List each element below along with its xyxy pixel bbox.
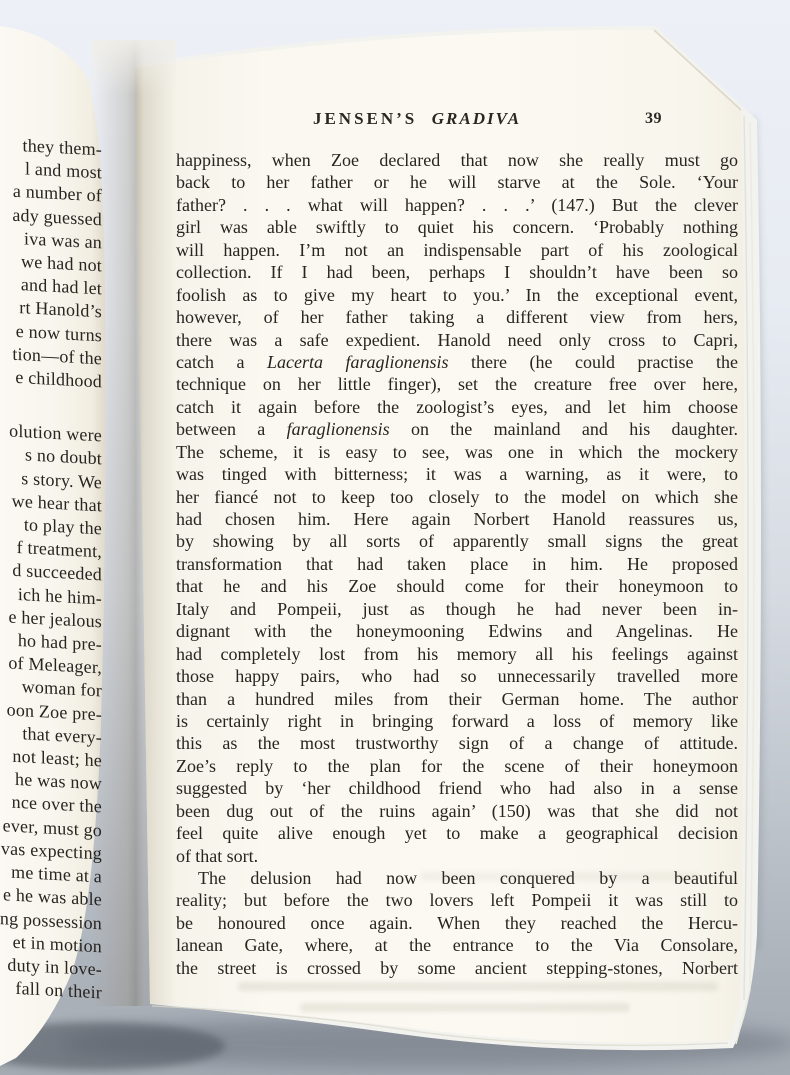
- text-line: foolish as to give my heart to you.’ In …: [176, 284, 738, 306]
- show-through-text: [238, 982, 718, 991]
- text-line: father? . . . what will happen? . . .’ (…: [176, 194, 738, 216]
- gutter-highlight-top: [92, 40, 176, 340]
- text-segment: foolish as to give my heart to you.’ In …: [176, 285, 738, 305]
- text-segment: happiness, when Zoe declared that now sh…: [176, 150, 738, 170]
- text-segment: her fiancé not to keep too closely to th…: [176, 487, 738, 507]
- text-segment: there was a safe expedient. Hanold need …: [176, 330, 738, 350]
- text-line: Zoe’s reply to the plan for the scene of…: [176, 755, 738, 777]
- text-line: back to her father or he will starve at …: [176, 171, 738, 193]
- text-line: between a faraglionensis on the mainland…: [176, 418, 738, 440]
- text-line: Italy and Pompeii, just as though he had…: [176, 598, 738, 620]
- text-line: transformation that had taken place in h…: [176, 553, 738, 575]
- text-segment: catch a: [176, 352, 267, 372]
- text-segment: however, of her father taking a differen…: [176, 307, 738, 327]
- text-line: by showing by all sorts of apparently sm…: [176, 530, 738, 552]
- text-segment: there (he could practise the: [449, 352, 738, 372]
- text-line: dignant with the honeymooning Edwins and…: [176, 620, 738, 642]
- text-segment: this as the most trustworthy sign of a c…: [176, 733, 738, 753]
- text-segment: Italy and Pompeii, just as though he had…: [176, 599, 738, 619]
- text-segment: between a: [176, 419, 287, 439]
- text-line: feel quite alive enough yet to make a ge…: [176, 822, 738, 844]
- text-line: this as the most trustworthy sign of a c…: [176, 732, 738, 754]
- text-line: The scheme, it is easy to see, was one i…: [176, 441, 738, 463]
- text-segment: father? . . . what will happen? . . .’ (…: [176, 195, 738, 215]
- text-line: than a hundred miles from their German h…: [176, 688, 738, 710]
- book-photo: they them-l and mosta number ofady guess…: [0, 0, 790, 1075]
- text-segment: had chosen him. Here again Norbert Hanol…: [176, 509, 738, 529]
- page-number: 39: [645, 110, 662, 128]
- text-line: technique on her little finger), set the…: [176, 373, 738, 395]
- text-segment: had completely lost from his memory all …: [176, 644, 738, 664]
- text-line: that he and his Zoe should come for thei…: [176, 575, 738, 597]
- left-page-text: they them-l and mosta number ofady guess…: [0, 132, 102, 1004]
- text-line: be honoured once again. When they reache…: [176, 912, 738, 934]
- italic-text-segment: Lacerta faraglionensis: [267, 352, 449, 372]
- text-line: had chosen him. Here again Norbert Hanol…: [176, 508, 738, 530]
- text-line: however, of her father taking a differen…: [176, 306, 738, 328]
- text-segment: feel quite alive enough yet to make a ge…: [176, 823, 738, 843]
- text-segment: lanean Gate, where, at the entrance to t…: [176, 935, 738, 955]
- text-segment: dignant with the honeymooning Edwins and…: [176, 621, 738, 641]
- text-line: the street is crossed by some ancient st…: [176, 957, 738, 979]
- text-segment: by showing by all sorts of apparently sm…: [176, 531, 738, 551]
- text-segment: girl was able swiftly to quiet his conce…: [176, 217, 738, 237]
- text-segment: than a hundred miles from their German h…: [176, 689, 738, 709]
- text-segment: catch it again before the zoologist’s ey…: [176, 397, 738, 417]
- text-segment: was tinged with bitterness; it was a war…: [176, 464, 738, 484]
- text-segment: back to her father or he will starve at …: [176, 172, 738, 192]
- text-line: lanean Gate, where, at the entrance to t…: [176, 934, 738, 956]
- text-line: reality; but before the two lovers left …: [176, 889, 738, 911]
- text-segment: The delusion had now been conquered by a…: [198, 868, 738, 888]
- running-head-title-roman: JENSEN’S: [313, 109, 417, 128]
- text-segment: those happy pairs, who had so unnecessar…: [176, 666, 738, 686]
- text-line: suggested by ‘her childhood friend who h…: [176, 777, 738, 799]
- text-line: was tinged with bitterness; it was a war…: [176, 463, 738, 485]
- running-head: JENSEN’S GRADIVA 39: [176, 109, 738, 135]
- text-line: is certainly right in bringing forward a…: [176, 710, 738, 732]
- text-segment: will happen. I’m not an indispensable pa…: [176, 240, 738, 260]
- left-page-paragraph: they them-l and mosta number ofady guess…: [0, 132, 102, 393]
- text-segment: The scheme, it is easy to see, was one i…: [176, 442, 738, 462]
- text-line: will happen. I’m not an indispensable pa…: [176, 239, 738, 261]
- text-segment: been dug out of the ruins again’ (150) w…: [176, 801, 738, 821]
- running-head-title: JENSEN’S GRADIVA: [313, 109, 521, 129]
- text-line: catch a Lacerta faraglionensis there (he…: [176, 351, 738, 373]
- text-segment: transformation that had taken place in h…: [176, 554, 738, 574]
- left-page-paragraph: olution weres no doubts story. Wewe hear…: [0, 418, 102, 1004]
- text-line: had completely lost from his memory all …: [176, 643, 738, 665]
- text-segment: suggested by ‘her childhood friend who h…: [176, 778, 738, 798]
- body-text: happiness, when Zoe declared that now sh…: [176, 149, 738, 979]
- text-line: girl was able swiftly to quiet his conce…: [176, 216, 738, 238]
- text-line: happiness, when Zoe declared that now sh…: [176, 149, 738, 171]
- text-segment: technique on her little finger), set the…: [176, 374, 738, 394]
- text-segment: be honoured once again. When they reache…: [176, 913, 738, 933]
- text-segment: reality; but before the two lovers left …: [176, 890, 738, 910]
- running-head-title-italic: GRADIVA: [432, 109, 521, 128]
- text-segment: Zoe’s reply to the plan for the scene of…: [176, 756, 738, 776]
- text-segment: the street is crossed by some ancient st…: [176, 958, 738, 978]
- text-segment: that he and his Zoe should come for thei…: [176, 576, 738, 596]
- show-through-text: [300, 1003, 630, 1012]
- text-segment: is certainly right in bringing forward a…: [176, 711, 738, 731]
- text-segment: collection. If I had been, perhaps I sho…: [176, 262, 738, 282]
- text-line: catch it again before the zoologist’s ey…: [176, 396, 738, 418]
- text-line: The delusion had now been conquered by a…: [176, 867, 738, 889]
- text-line: of that sort.: [176, 845, 738, 867]
- text-line: collection. If I had been, perhaps I sho…: [176, 261, 738, 283]
- text-line: been dug out of the ruins again’ (150) w…: [176, 800, 738, 822]
- left-text-line: e childhood: [0, 364, 102, 393]
- text-line: her fiancé not to keep too closely to th…: [176, 486, 738, 508]
- text-line: those happy pairs, who had so unnecessar…: [176, 665, 738, 687]
- text-line: there was a safe expedient. Hanold need …: [176, 329, 738, 351]
- italic-text-segment: faraglionensis: [287, 419, 390, 439]
- text-segment: on the mainland and his daughter.: [390, 419, 738, 439]
- text-segment: of that sort.: [176, 846, 258, 866]
